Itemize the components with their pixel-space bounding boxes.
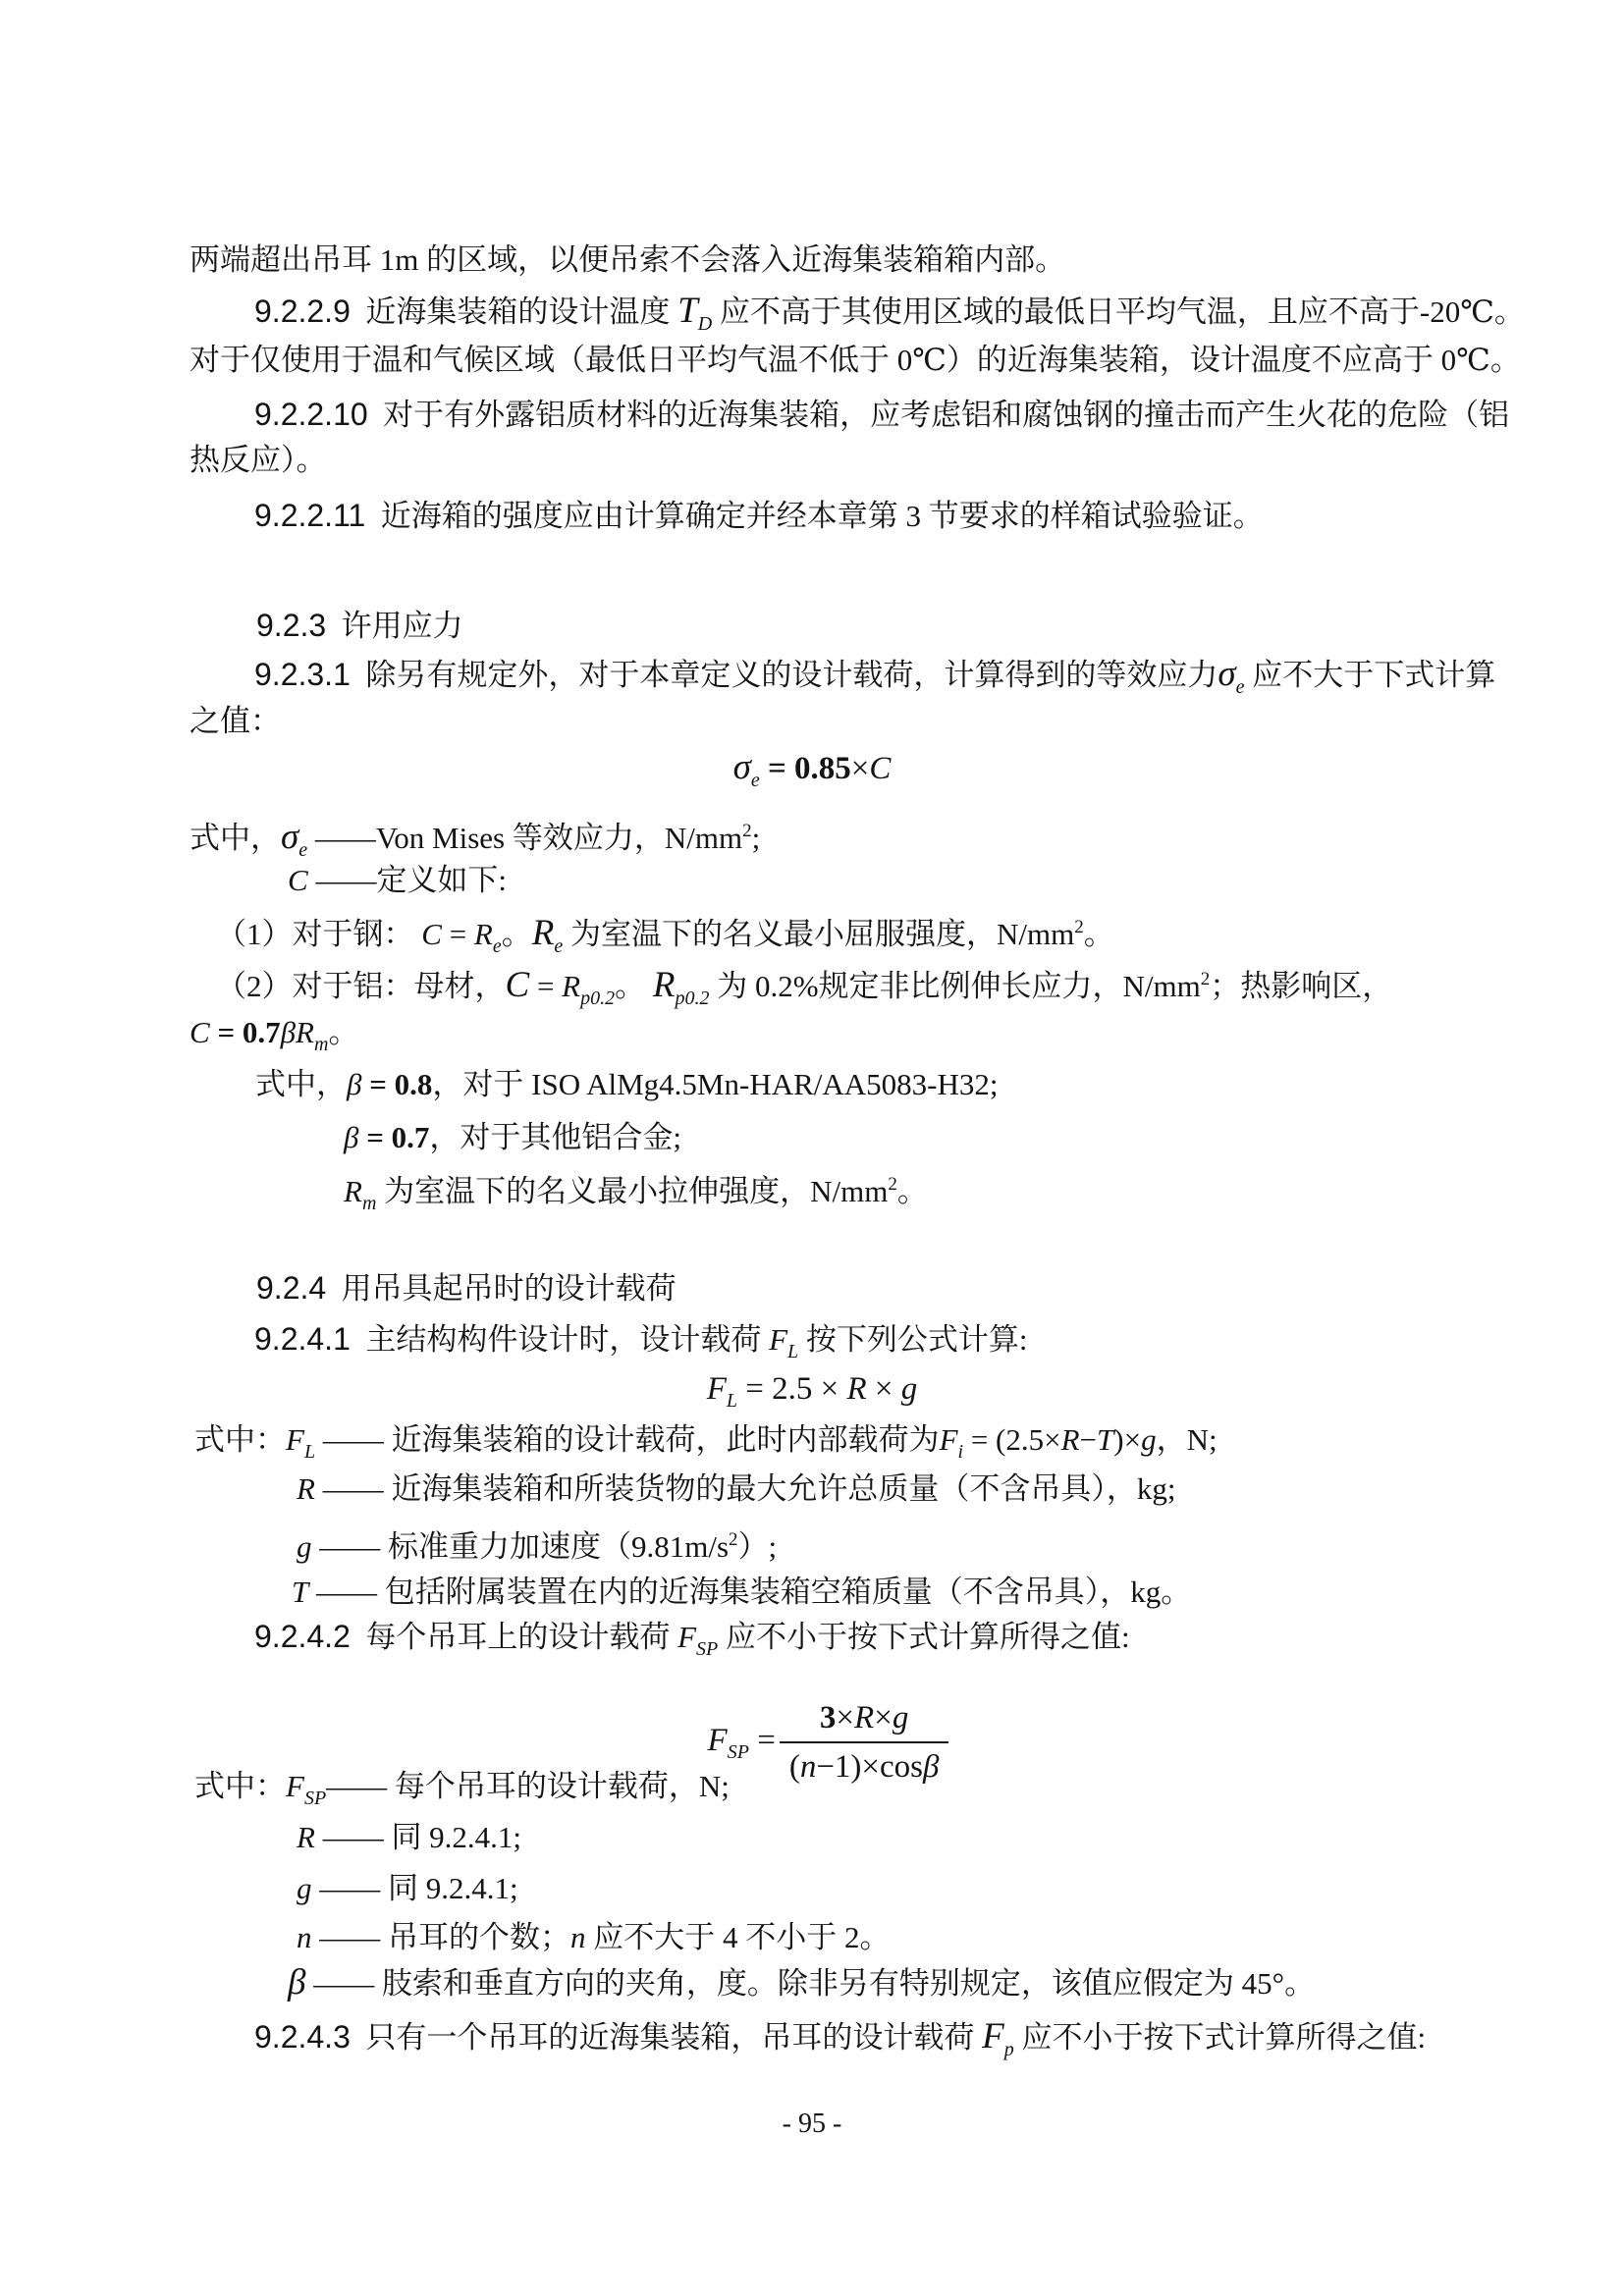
text-segment: )× — [1113, 1422, 1141, 1457]
text-segment: ，N; — [1157, 1422, 1218, 1457]
text-segment: 3 — [820, 1700, 837, 1735]
def-beta-07: β = 0.7，对于其他铝合金; — [344, 1118, 681, 1157]
para-9-2-2-9-cont: 对于仅使用于温和气候区域（最低日平均气温不低于 0℃）的近海集装箱，设计温度不应… — [189, 341, 1521, 380]
text-segment: − — [1080, 1422, 1097, 1457]
text-segment: = 2.5 × — [737, 1371, 846, 1407]
text-segment: R — [1061, 1422, 1080, 1457]
text-segment: 主结构构件设计时，设计载荷 — [351, 1322, 769, 1357]
text-segment: 。 — [897, 1174, 928, 1208]
text-segment: ；热影响区， — [1210, 969, 1392, 1003]
text-segment: p0.2 — [675, 988, 709, 1009]
text-segment: T — [1097, 1422, 1113, 1457]
def-t: T —— 包括附属装置在内的近海集装箱空箱质量（不含吊具），kg。 — [292, 1573, 1191, 1612]
formula-fl: FL = 2.5 × R × g — [0, 1369, 1624, 1420]
text-segment: = — [442, 917, 474, 951]
text-segment: —— 近海集装箱和所装货物的最大允许总质量（不含吊具），kg; — [315, 1471, 1176, 1506]
para-9-2-2-10: 9.2.2.10 对于有外露铝质材料的近海集装箱，应考虑铝和腐蚀钢的撞击而产生火… — [254, 395, 1509, 435]
text-segment: × — [836, 1700, 854, 1735]
text-segment: 用吊具起吊时的设计载荷 — [326, 1271, 677, 1306]
text-segment: p0.2 — [580, 988, 615, 1009]
text-segment: g — [297, 1871, 312, 1905]
text-segment: F — [940, 1422, 958, 1457]
text-segment: 为 0.2%规定非比例伸长应力，N/mm — [709, 969, 1200, 1003]
text-segment: L — [787, 1341, 798, 1362]
text-segment: β — [288, 1962, 305, 2002]
text-segment: 之值： — [189, 704, 281, 738]
def-n: n —— 吊耳的个数；n 应不大于 4 不小于 2。 — [297, 1918, 891, 1957]
text-segment: 为室温下的名义最小拉伸强度，N/mm — [376, 1174, 888, 1208]
text-segment: ——Von Mises 等效应力，N/mm — [307, 821, 742, 855]
text-segment: ）; — [738, 1529, 778, 1564]
text-segment: —— 近海集装箱的设计载荷，此时内部载荷为 — [315, 1422, 940, 1457]
text-segment: 2 — [1074, 917, 1084, 937]
text-segment: = — [529, 969, 562, 1003]
text-segment: 。 — [328, 1015, 358, 1049]
text-segment: —— 吊耳的个数； — [312, 1920, 571, 1954]
text-segment: β — [344, 1120, 358, 1154]
text-segment: 9.2.4.1 — [254, 1321, 351, 1357]
formula-fsp-denominator: (n−1)×cosβ — [780, 1743, 949, 1787]
item-1-steel: （1）对于钢： C = Re。Re 为室温下的名义最小屈服强度，N/mm2。 — [216, 908, 1114, 966]
text-segment: R — [562, 969, 580, 1003]
text-segment: n — [800, 1749, 817, 1785]
text-segment: R — [474, 917, 493, 951]
def-fsp: 式中：FSP—— 每个吊耳的设计载荷，N; — [194, 1767, 730, 1818]
text-segment: 9.2.4.2 — [254, 1619, 351, 1654]
text-segment: C — [506, 965, 530, 1005]
text-segment: n — [297, 1920, 312, 1954]
text-segment: 除另有规定外，对于本章定义的设计载荷，计算得到的等效应力 — [351, 658, 1218, 692]
text-segment: σ — [1218, 654, 1235, 694]
text-segment: = 0.7 — [210, 1015, 281, 1049]
text-segment: D — [698, 313, 712, 335]
text-segment: m — [362, 1193, 376, 1214]
text-segment: 9.2.3 — [256, 608, 326, 643]
para-9-2-2-9: 9.2.2.9 近海集装箱的设计温度 TD 应不高于其使用区域的最低日平均气温，… — [254, 292, 1525, 344]
text-segment: 2 — [729, 1529, 738, 1550]
text-segment: 式中： — [194, 1769, 286, 1803]
text-segment: F — [677, 1620, 696, 1654]
def-r: R —— 近海集装箱和所装货物的最大允许总质量（不含吊具），kg; — [297, 1469, 1176, 1509]
text-segment: SP — [728, 1741, 749, 1763]
text-segment: F — [286, 1769, 304, 1803]
text-segment: 9.2.2.11 — [254, 498, 365, 533]
text-segment: R — [846, 1371, 866, 1407]
text-segment: 对于仅使用于温和气候区域（最低日平均气温不低于 0℃）的近海集装箱，设计温度不应… — [189, 343, 1521, 377]
text-segment: ; — [752, 821, 761, 855]
text-segment: —— 每个吊耳的设计载荷，N; — [326, 1769, 730, 1803]
text-segment: 每个吊耳上的设计载荷 — [351, 1620, 677, 1654]
text-segment: （1）对于钢： — [216, 917, 421, 951]
text-segment: g — [297, 1529, 312, 1564]
text-segment: R — [297, 1820, 315, 1854]
def-beta-08: 式中，β = 0.8，对于 ISO AlMg4.5Mn-HAR/AA5083-H… — [255, 1065, 998, 1104]
text-segment: 。 — [1084, 917, 1114, 951]
formula-c-haz: C = 0.7βRm。 — [189, 1013, 358, 1064]
text-segment: F — [286, 1422, 304, 1457]
text-segment: 许用应力 — [326, 609, 463, 643]
text-segment: −1)×cos — [816, 1749, 923, 1785]
text-segment: e — [751, 770, 760, 791]
text-segment: n — [570, 1920, 586, 1954]
text-segment: × — [874, 1700, 893, 1735]
text-segment: —— 标准重力加速度（9.81m/s — [312, 1529, 730, 1564]
text-segment: 应不小于按下式计算所得之值: — [1014, 2020, 1426, 2055]
text-segment: e — [298, 839, 307, 861]
text-segment: ，对于 ISO AlMg4.5Mn-HAR/AA5083-H32; — [432, 1067, 998, 1101]
text-segment: R — [297, 1471, 315, 1506]
text-segment: 。 — [615, 969, 653, 1003]
para-9-2-2-10-cont: 热反应）。 — [189, 441, 327, 480]
text-segment: 按下列公式计算: — [798, 1322, 1027, 1357]
text-segment: 式中： — [194, 1422, 286, 1457]
text-segment: F — [708, 1723, 728, 1758]
text-segment: g — [1141, 1422, 1157, 1457]
text-segment: （2）对于铝：母材， — [216, 969, 506, 1003]
text-segment: R — [854, 1700, 874, 1735]
text-segment: ( — [789, 1749, 800, 1785]
text-segment: 。 — [502, 917, 532, 951]
text-segment: m — [314, 1034, 328, 1055]
formula-sigma-e: σe = 0.85×C — [0, 748, 1624, 800]
def-fl: 式中：FL —— 近海集装箱的设计载荷，此时内部载荷为Fi = (2.5×R−T… — [194, 1420, 1218, 1471]
text-segment: 应不小于按下式计算所得之值: — [718, 1620, 1129, 1654]
text-segment: 应不大于下式计算 — [1245, 658, 1496, 692]
text-segment: 对于有外露铝质材料的近海集装箱，应考虑铝和腐蚀钢的撞击而产生火花的危险（铝 — [368, 398, 1510, 432]
text-segment: 9.2.2.10 — [254, 397, 368, 432]
text-segment: SP — [696, 1638, 718, 1660]
text-segment: SP — [304, 1788, 326, 1809]
def-c: C ——定义如下: — [288, 861, 507, 900]
text-segment: = 0.85 — [760, 751, 851, 786]
text-segment: R — [344, 1174, 362, 1208]
text-segment: 应不高于其使用区域的最低日平均气温，且应不高于-20℃。 — [712, 294, 1525, 329]
text-segment: p — [1004, 2039, 1014, 2060]
text-segment: σ — [281, 817, 298, 857]
def-r-2: R —— 同 9.2.4.1; — [297, 1818, 521, 1857]
heading-9-2-4: 9.2.4 用吊具起吊时的设计载荷 — [256, 1268, 677, 1308]
text-segment: β — [347, 1067, 361, 1101]
text-segment: T — [677, 291, 698, 331]
text-segment: C — [421, 917, 442, 951]
text-segment: = (2.5× — [963, 1422, 1061, 1457]
text-segment: 2 — [1201, 969, 1211, 989]
text-segment: 9.2.4 — [256, 1270, 326, 1306]
text-segment: F — [769, 1322, 787, 1357]
text-segment: 9.2.4.3 — [254, 2019, 351, 2055]
text-segment: 热反应）。 — [189, 443, 327, 477]
text-segment: = 0.7 — [358, 1120, 429, 1154]
para-lifting-zone-cont: 两端超出吊耳 1m 的区域，以便吊索不会落入近海集装箱箱内部。 — [189, 240, 1065, 280]
text-segment: e — [1236, 676, 1245, 698]
text-segment: —— 同 9.2.4.1; — [312, 1871, 518, 1905]
text-segment: C — [189, 1015, 210, 1049]
text-segment: e — [493, 935, 502, 957]
text-segment: = — [749, 1723, 776, 1758]
text-segment: 2 — [888, 1174, 897, 1195]
text-segment: 只有一个吊耳的近海集装箱，吊耳的设计载荷 — [351, 2020, 982, 2055]
text-segment: C — [288, 863, 308, 897]
text-segment: σ — [733, 747, 751, 787]
text-segment: R — [532, 913, 555, 953]
para-9-2-3-1-cont: 之值： — [189, 702, 281, 741]
text-segment: —— 肢索和垂直方向的夹角，度。除非另有特别规定，该值应假定为 45°。 — [305, 1966, 1315, 2001]
def-g-2: g —— 同 9.2.4.1; — [297, 1869, 518, 1908]
def-beta-angle: β —— 肢索和垂直方向的夹角，度。除非另有特别规定，该值应假定为 45°。 — [288, 1963, 1315, 2003]
text-segment: × — [867, 1371, 901, 1407]
item-2-aluminium: （2）对于铝：母材，C = Rp0.2。 Rp0.2 为 0.2%规定非比例伸长… — [216, 960, 1392, 1018]
text-segment: g — [893, 1700, 909, 1735]
text-segment: 应不大于 4 不小于 2。 — [586, 1920, 891, 1954]
text-segment: C — [869, 751, 891, 786]
def-g: g —— 标准重力加速度（9.81m/s2）; — [297, 1521, 777, 1567]
formula-fsp-lhs: FSP = — [708, 1723, 776, 1758]
text-segment: 9.2.3.1 — [254, 657, 351, 692]
text-segment: F — [707, 1371, 727, 1407]
para-9-2-3-1: 9.2.3.1 除另有规定外，对于本章定义的设计载荷，计算得到的等效应力σe 应… — [254, 655, 1495, 707]
text-segment: 近海箱的强度应由计算确定并经本章第 3 节要求的样箱试验验证。 — [365, 499, 1264, 533]
document-page: 两端超出吊耳 1m 的区域，以便吊索不会落入近海集装箱箱内部。 9.2.2.9 … — [0, 0, 1624, 2296]
text-segment: × — [851, 751, 870, 786]
text-segment: 为室温下的名义最小屈服强度，N/mm — [563, 917, 1074, 951]
text-segment: e — [554, 935, 563, 957]
formula-fsp-numerator: 3×R×g — [780, 1698, 949, 1743]
text-segment: R — [653, 965, 676, 1005]
text-segment: β — [923, 1749, 939, 1785]
text-segment: 式中， — [189, 821, 281, 855]
text-segment: T — [292, 1575, 308, 1609]
text-segment: 式中， — [255, 1067, 347, 1101]
text-segment: ——定义如下: — [308, 863, 507, 897]
text-segment: 近海集装箱的设计温度 — [351, 294, 677, 329]
para-9-2-2-11: 9.2.2.11 近海箱的强度应由计算确定并经本章第 3 节要求的样箱试验验证。 — [254, 496, 1264, 536]
text-segment: = 0.8 — [361, 1067, 432, 1101]
text-segment: 9.2.2.9 — [254, 294, 351, 329]
text-segment: 2 — [742, 821, 752, 841]
text-segment: L — [304, 1441, 315, 1463]
def-rm: Rm 为室温下的名义最小拉伸强度，N/mm2。 — [344, 1165, 928, 1223]
text-segment: L — [727, 1390, 737, 1412]
text-segment: —— 同 9.2.4.1; — [315, 1820, 521, 1854]
heading-9-2-3: 9.2.3 许用应力 — [256, 606, 463, 646]
text-segment: g — [901, 1371, 918, 1407]
footer-page-number: - 95 - — [0, 2109, 1624, 2140]
text-segment: βR — [281, 1015, 314, 1049]
text-segment: —— 包括附属装置在内的近海集装箱空箱质量（不含吊具），kg。 — [308, 1575, 1191, 1609]
text-segment: ，对于其他铝合金; — [429, 1120, 681, 1154]
formula-fsp-fraction: 3×R×g(n−1)×cosβ — [780, 1698, 949, 1787]
text-segment: 两端超出吊耳 1m 的区域，以便吊索不会落入近海集装箱箱内部。 — [189, 242, 1065, 277]
para-9-2-4-1: 9.2.4.1 主结构构件设计时，设计载荷 FL 按下列公式计算: — [254, 1319, 1028, 1371]
text-segment: F — [982, 2016, 1004, 2056]
para-9-2-4-3: 9.2.4.3 只有一个吊耳的近海集装箱，吊耳的设计载荷 Fp 应不小于按下式计… — [254, 2017, 1426, 2069]
